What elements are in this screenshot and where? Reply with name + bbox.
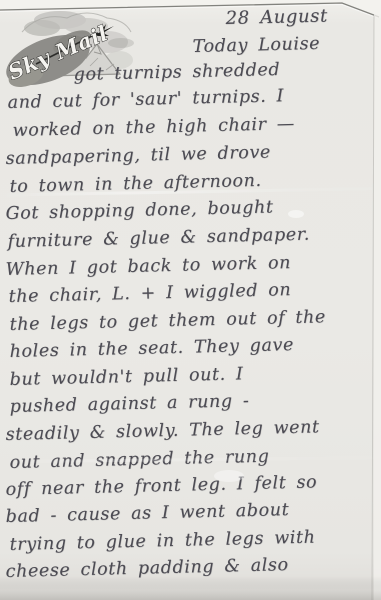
handwritten-line: sandpapering, til we drove (5, 140, 271, 172)
letter-date: 28 August (225, 4, 328, 32)
handwritten-line: and cut for 'saur' turnips. I (7, 83, 284, 116)
scanned-letter-page: Sky Mail 28 August Today Louise got turn… (0, 0, 381, 600)
handwritten-line: steadily & slowly. The leg went (5, 414, 320, 448)
handwritten-line: the chair, L. + I wiggled on (8, 277, 291, 310)
handwritten-line: cheese cloth padding & also (5, 552, 289, 585)
paper-smudge (288, 210, 304, 218)
handwritten-line: pushed against a rung - (9, 388, 249, 420)
handwritten-line: Got shopping done, bought (5, 194, 274, 227)
handwritten-line: Today Louise (192, 31, 320, 60)
handwritten-line: holes in the seat. They gave (9, 332, 294, 365)
handwritten-line: bad - cause as I went about (5, 497, 289, 530)
